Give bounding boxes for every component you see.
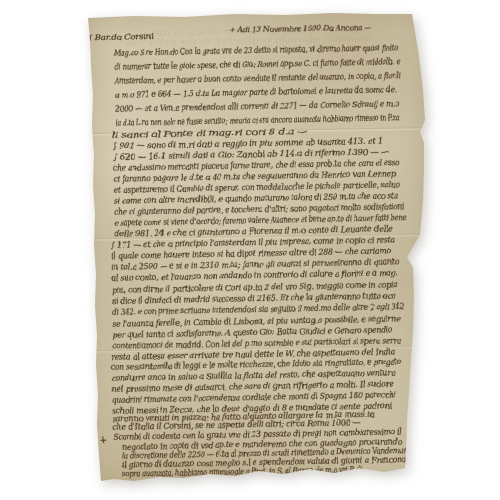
- scanned-letter-photo: conto di quelle rimesse al pari sino a t…: [0, 0, 500, 500]
- docket-name-annotation: ∫ Bar.da Corsini: [88, 33, 154, 42]
- manuscript-render-surface: conto di quelle rimesse al pari sino a t…: [84, 10, 430, 485]
- marginal-cross-mark: +: [100, 436, 108, 446]
- manuscript-paper-sheet: conto di quelle rimesse al pari sino a t…: [84, 10, 430, 485]
- paper-shadow: conto di quelle rimesse al pari sino a t…: [84, 10, 430, 485]
